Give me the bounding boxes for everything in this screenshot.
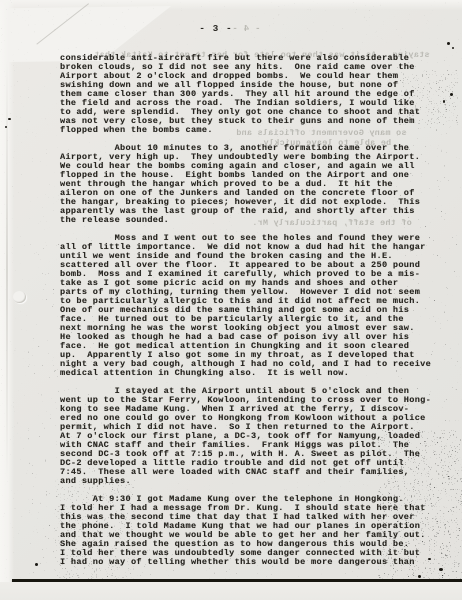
paragraph-4: I stayed at the Airport until about 5 o'… <box>60 387 432 486</box>
page-bottom-margin <box>0 582 462 600</box>
scanned-document-page: - 4 - - 3 - staying. As it was then too … <box>0 0 462 600</box>
paragraph-1: considerable anti-aircraft fire but ther… <box>60 54 432 135</box>
paragraph-5: At 9:30 I got Madame Kung over the telep… <box>60 495 432 567</box>
paragraph-3: Moss and I went out to see the holes and… <box>60 234 432 378</box>
paragraph-2: About 10 minutes to 3, another formation… <box>60 144 432 225</box>
punch-hole-artifact <box>13 291 26 303</box>
page-number: - 3 - <box>186 23 246 34</box>
paper-crease <box>6 60 8 480</box>
document-body: considerable anti-aircraft fire but ther… <box>60 54 432 576</box>
